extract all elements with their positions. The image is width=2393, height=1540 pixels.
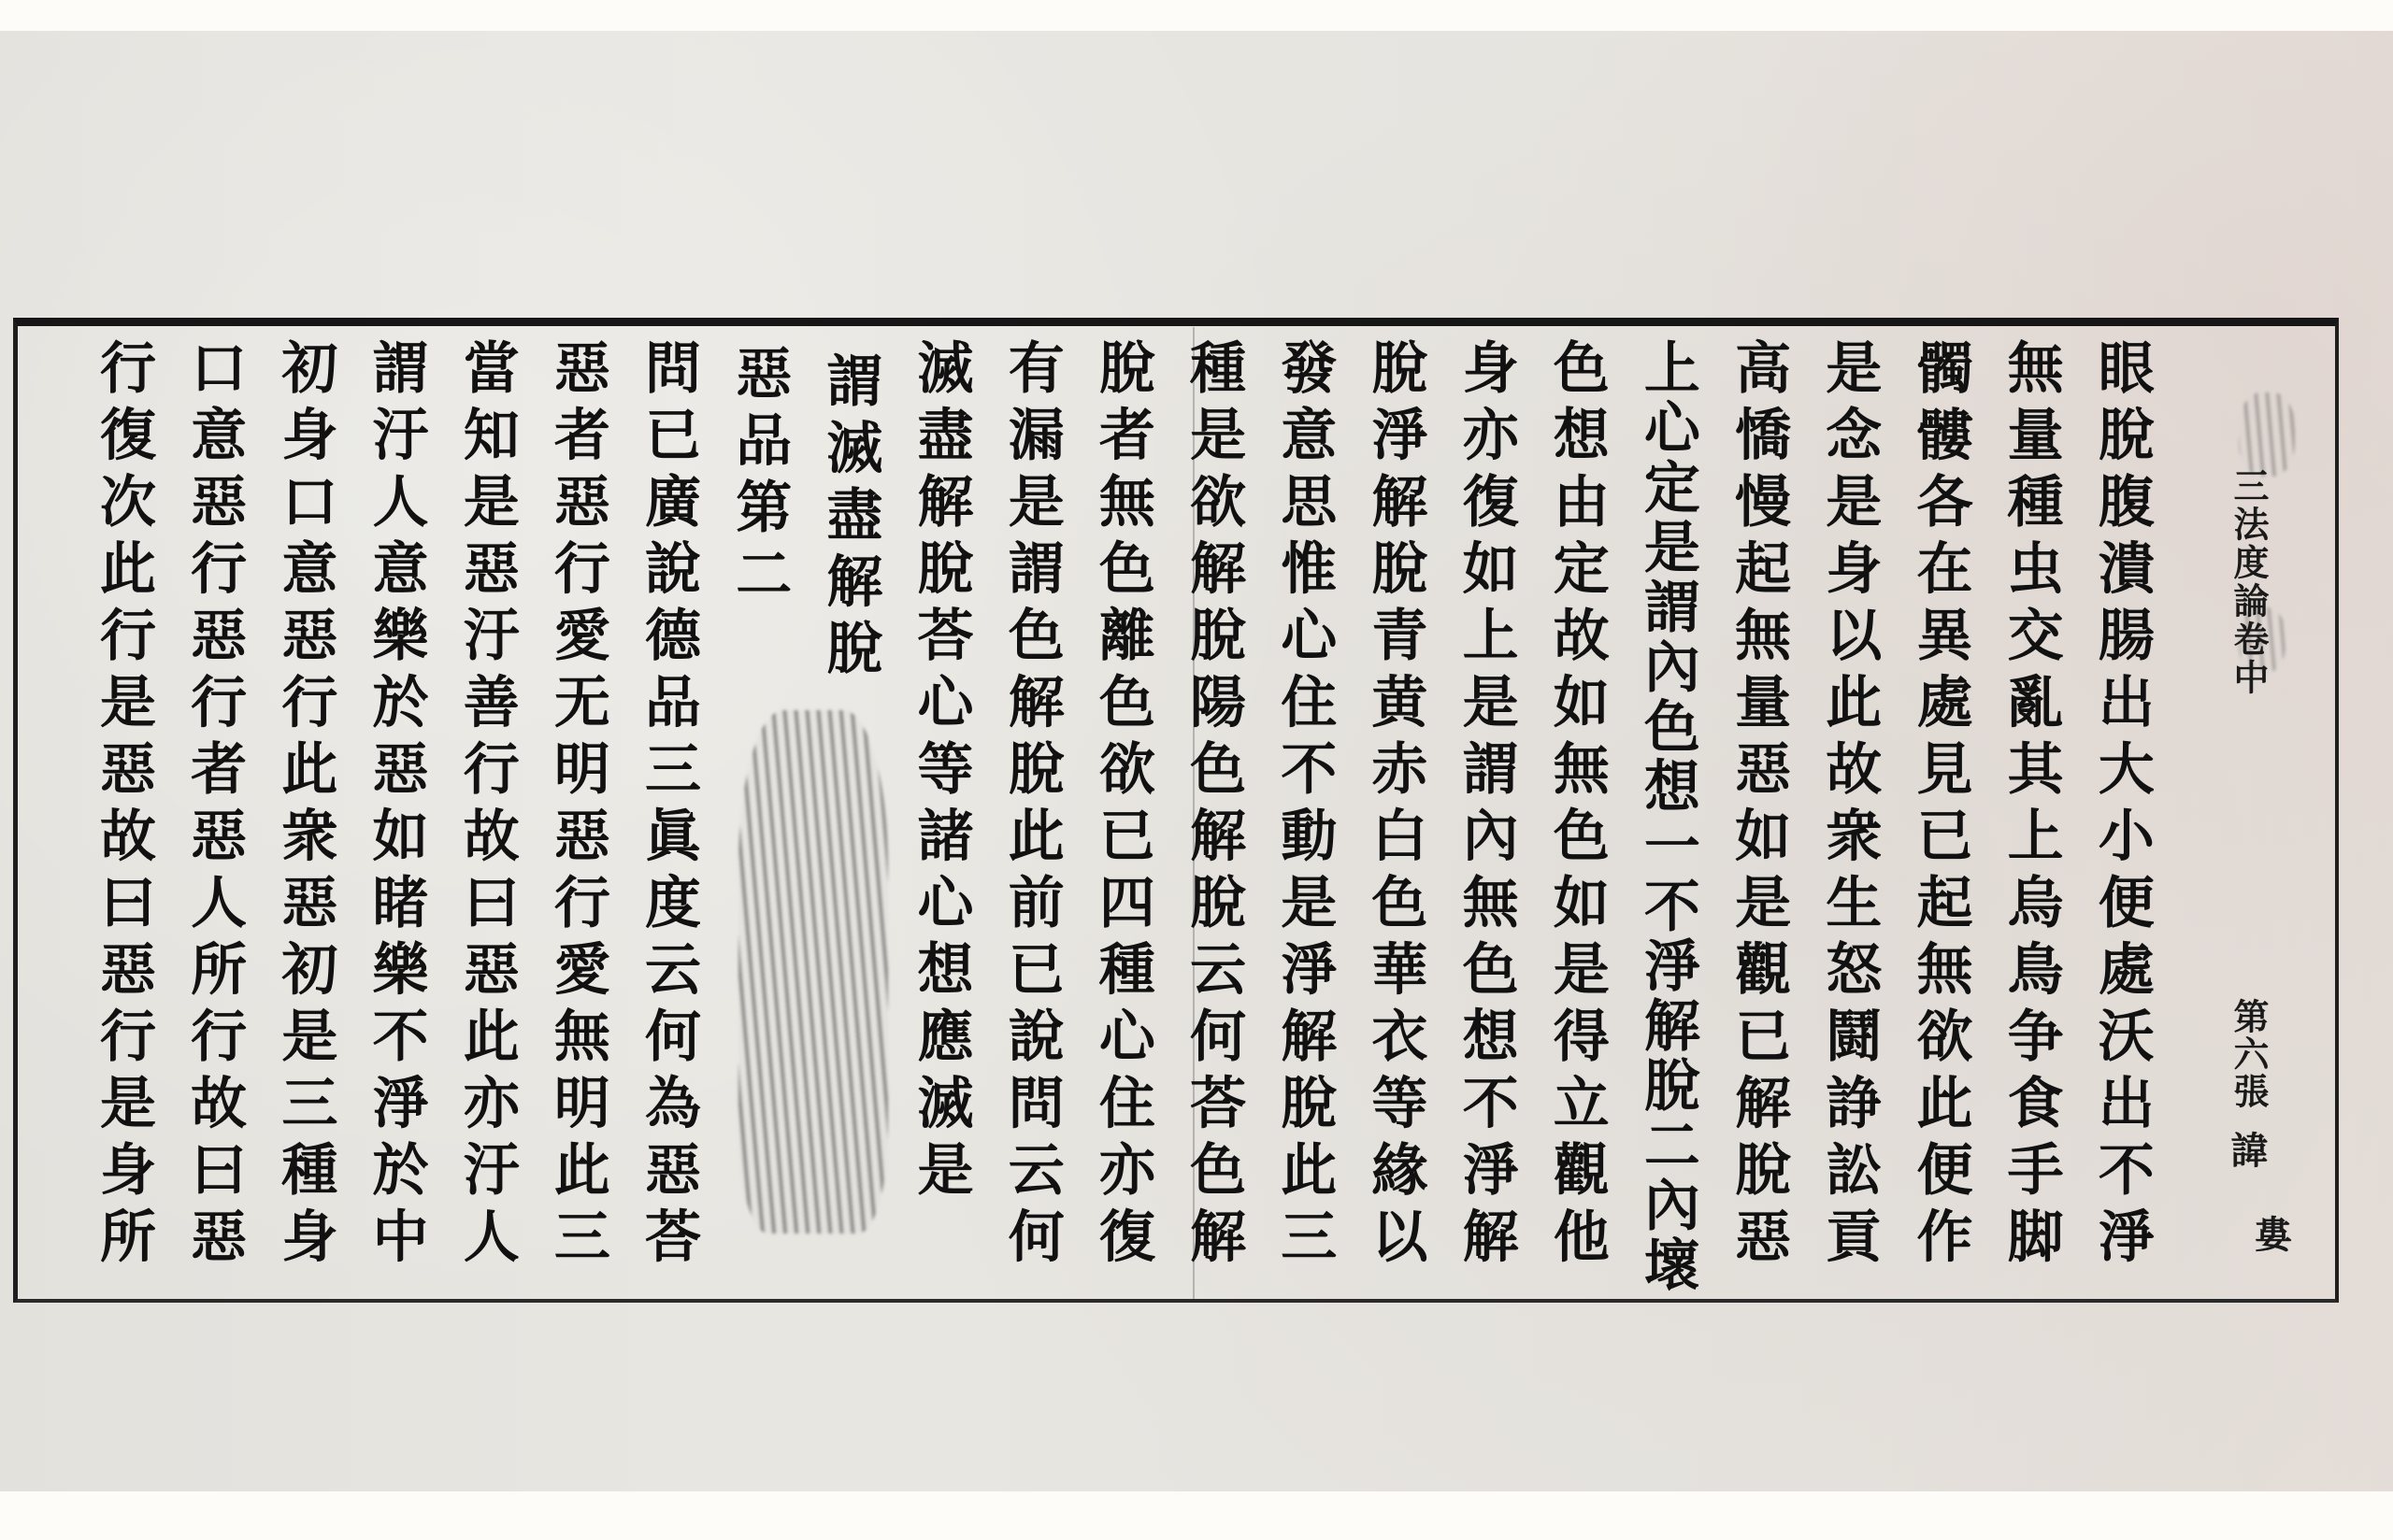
margin-book-title: 三法度論卷中	[2223, 467, 2274, 697]
text-column: 眼脫腹潰腸出大小便處沃出不淨	[2083, 338, 2150, 1301]
text-column: 髑髏各在異處見已起無欲此便作	[1900, 338, 1968, 1301]
text-columns: 眼脫腹潰腸出大小便處沃出不淨 無量種虫交亂其上烏鳥争食手脚 髑髏各在異處見已起無…	[84, 338, 2150, 1301]
margin-page-label: 第六張	[2223, 998, 2274, 1110]
text-column: 發意思惟心住不動是淨解脫此三	[1265, 338, 1332, 1301]
text-column: 當知是惡汙善行故曰惡此亦汙人	[448, 338, 515, 1301]
margin-carver-name: 諱	[2220, 1131, 2273, 1168]
text-column: 行復次此行是惡故曰惡行是身所	[84, 338, 151, 1301]
text-column: 惡者惡行愛无明惡行愛無明此三	[538, 338, 606, 1301]
text-column: 是念是身以此故衆生怒鬪諍訟貢	[1810, 338, 1877, 1301]
text-column: 無量種虫交亂其上烏鳥争食手脚	[1992, 338, 2059, 1301]
text-column: 高憍慢起無量惡如是觀已解脫惡	[1719, 338, 1786, 1301]
text-column: 種是欲解脫陽色解脫云何荅色解	[1174, 338, 1241, 1301]
ink-smudge-decoration	[2239, 392, 2295, 477]
text-column: 謂汙人意樂於惡如睹樂不淨於中	[357, 338, 424, 1301]
text-column: 脫淨解脫青黄赤白色華衣等緣以	[1355, 338, 1423, 1301]
text-column: 脫者無色離色欲已四種心住亦復	[1083, 338, 1151, 1301]
text-column: 上心定是謂內色想一不淨解脫二內壞	[1628, 338, 1696, 1301]
text-column: 滅盡解脫荅心等諸心想應滅是	[902, 338, 969, 1301]
text-column: 謂滅盡解脫	[810, 338, 878, 1301]
chapter-heading: 惡品第二	[720, 338, 787, 1301]
text-column: 初身口意惡行此衆惡初是三種身	[265, 338, 333, 1301]
text-column: 色想由定故如無色如是得立觀他	[1538, 338, 1605, 1301]
text-column: 口意惡行惡行者惡人所行故曰惡	[175, 338, 242, 1301]
text-column: 問已廣說德品三眞度云何為惡荅	[629, 338, 696, 1301]
margin-carver-name: 婁	[2243, 1215, 2297, 1252]
text-column: 有漏是謂色解脫此前已說問云何	[993, 338, 1060, 1301]
text-column: 身亦復如上是謂內無色想不淨解	[1447, 338, 1514, 1301]
